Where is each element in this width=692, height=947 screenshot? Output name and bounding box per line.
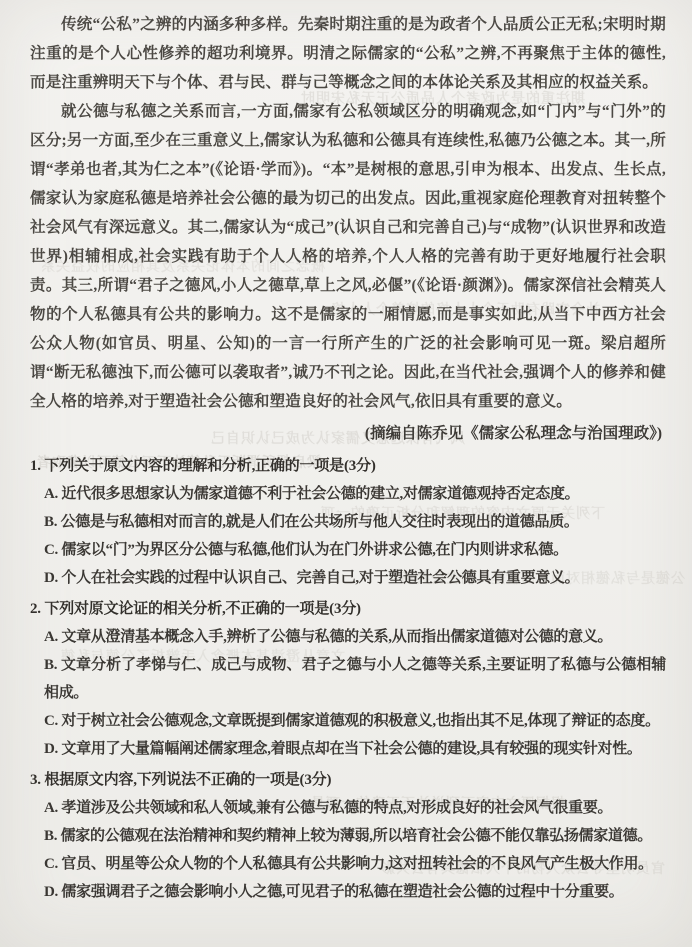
passage-attribution: (摘编自陈乔见《儒家公私理念与治国理政》) [30,419,662,449]
question-2-option-c: C. 对于树立社会公德观念,文章既提到儒家道德观的积极意义,也指出其不足,体现了… [30,707,666,735]
question-1: 1. 下列关于原文内容的理解和分析,正确的一项是(3分) A. 近代很多思想家认… [30,452,666,592]
passage-paragraph-1: 传统“公私”之辨的内涵多种多样。先秦时期注重的是为政者个人品质公正无私;宋明时期… [30,10,666,97]
question-1-option-c: C. 儒家以“门”为界区分公德与私德,他们认为在门外讲求公德,在门内则讲求私德。 [30,536,666,564]
question-1-option-a: A. 近代很多思想家认为儒家道德不利于社会公德的建立,对儒家道德观持否定态度。 [30,480,666,508]
question-2-option-b: B. 文章分析了孝悌与仁、成己与成物、君子之德与小人之德等关系,主要证明了私德与… [30,651,666,707]
question-1-stem: 1. 下列关于原文内容的理解和分析,正确的一项是(3分) [30,452,666,480]
question-2-option-d: D. 文章用了大量篇幅阐述儒家理念,着眼点却在当下社会公德的建设,具有较强的现实… [30,735,666,763]
question-3: 3. 根据原文内容,下列说法不正确的一项是(3分) A. 孝道涉及公共领域和私人… [30,766,666,906]
question-3-option-d: D. 儒家强调君子之德会影响小人之德,可见君子的私德在塑造社会公德的过程中十分重… [30,878,666,906]
question-2-option-a: A. 文章从澄清基本概念入手,辨析了公德与私德的关系,从而指出儒家道德对公德的意… [30,623,666,651]
question-3-option-b: B. 儒家的公德观在法治精神和契约精神上较为薄弱,所以培育社会公德不能仅靠弘扬儒… [30,822,666,850]
question-3-stem: 3. 根据原文内容,下列说法不正确的一项是(3分) [30,766,666,794]
question-3-option-a: A. 孝道涉及公共领域和私人领域,兼有公德与私德的特点,对形成良好的社会风气很重… [30,794,666,822]
scanned-exam-page: 期注重的是为政者个人品质公正无私宋明时 概念之间的本体论关系及其相应的权益关系 … [0,0,692,947]
question-2-stem: 2. 下列对原文论证的相关分析,不正确的一项是(3分) [30,595,666,623]
exam-content: 传统“公私”之辨的内涵多种多样。先秦时期注重的是为政者个人品质公正无私;宋明时期… [30,10,666,906]
question-3-option-c: C. 官员、明星等公众人物的个人私德具有公共影响力,这对扭转社会的不良风气产生极… [30,850,666,878]
question-1-option-b: B. 公德是与私德相对而言的,就是人们在公共场所与他人交往时表现出的道德品质。 [30,508,666,536]
passage-paragraph-2: 就公德与私德之关系而言,一方面,儒家有公私领域区分的明确观念,如“门内”与“门外… [30,97,666,416]
question-1-option-d: D. 个人在社会实践的过程中认识自己、完善自己,对于塑造社会公德具有重要意义。 [30,564,666,592]
question-2: 2. 下列对原文论证的相关分析,不正确的一项是(3分) A. 文章从澄清基本概念… [30,595,666,763]
